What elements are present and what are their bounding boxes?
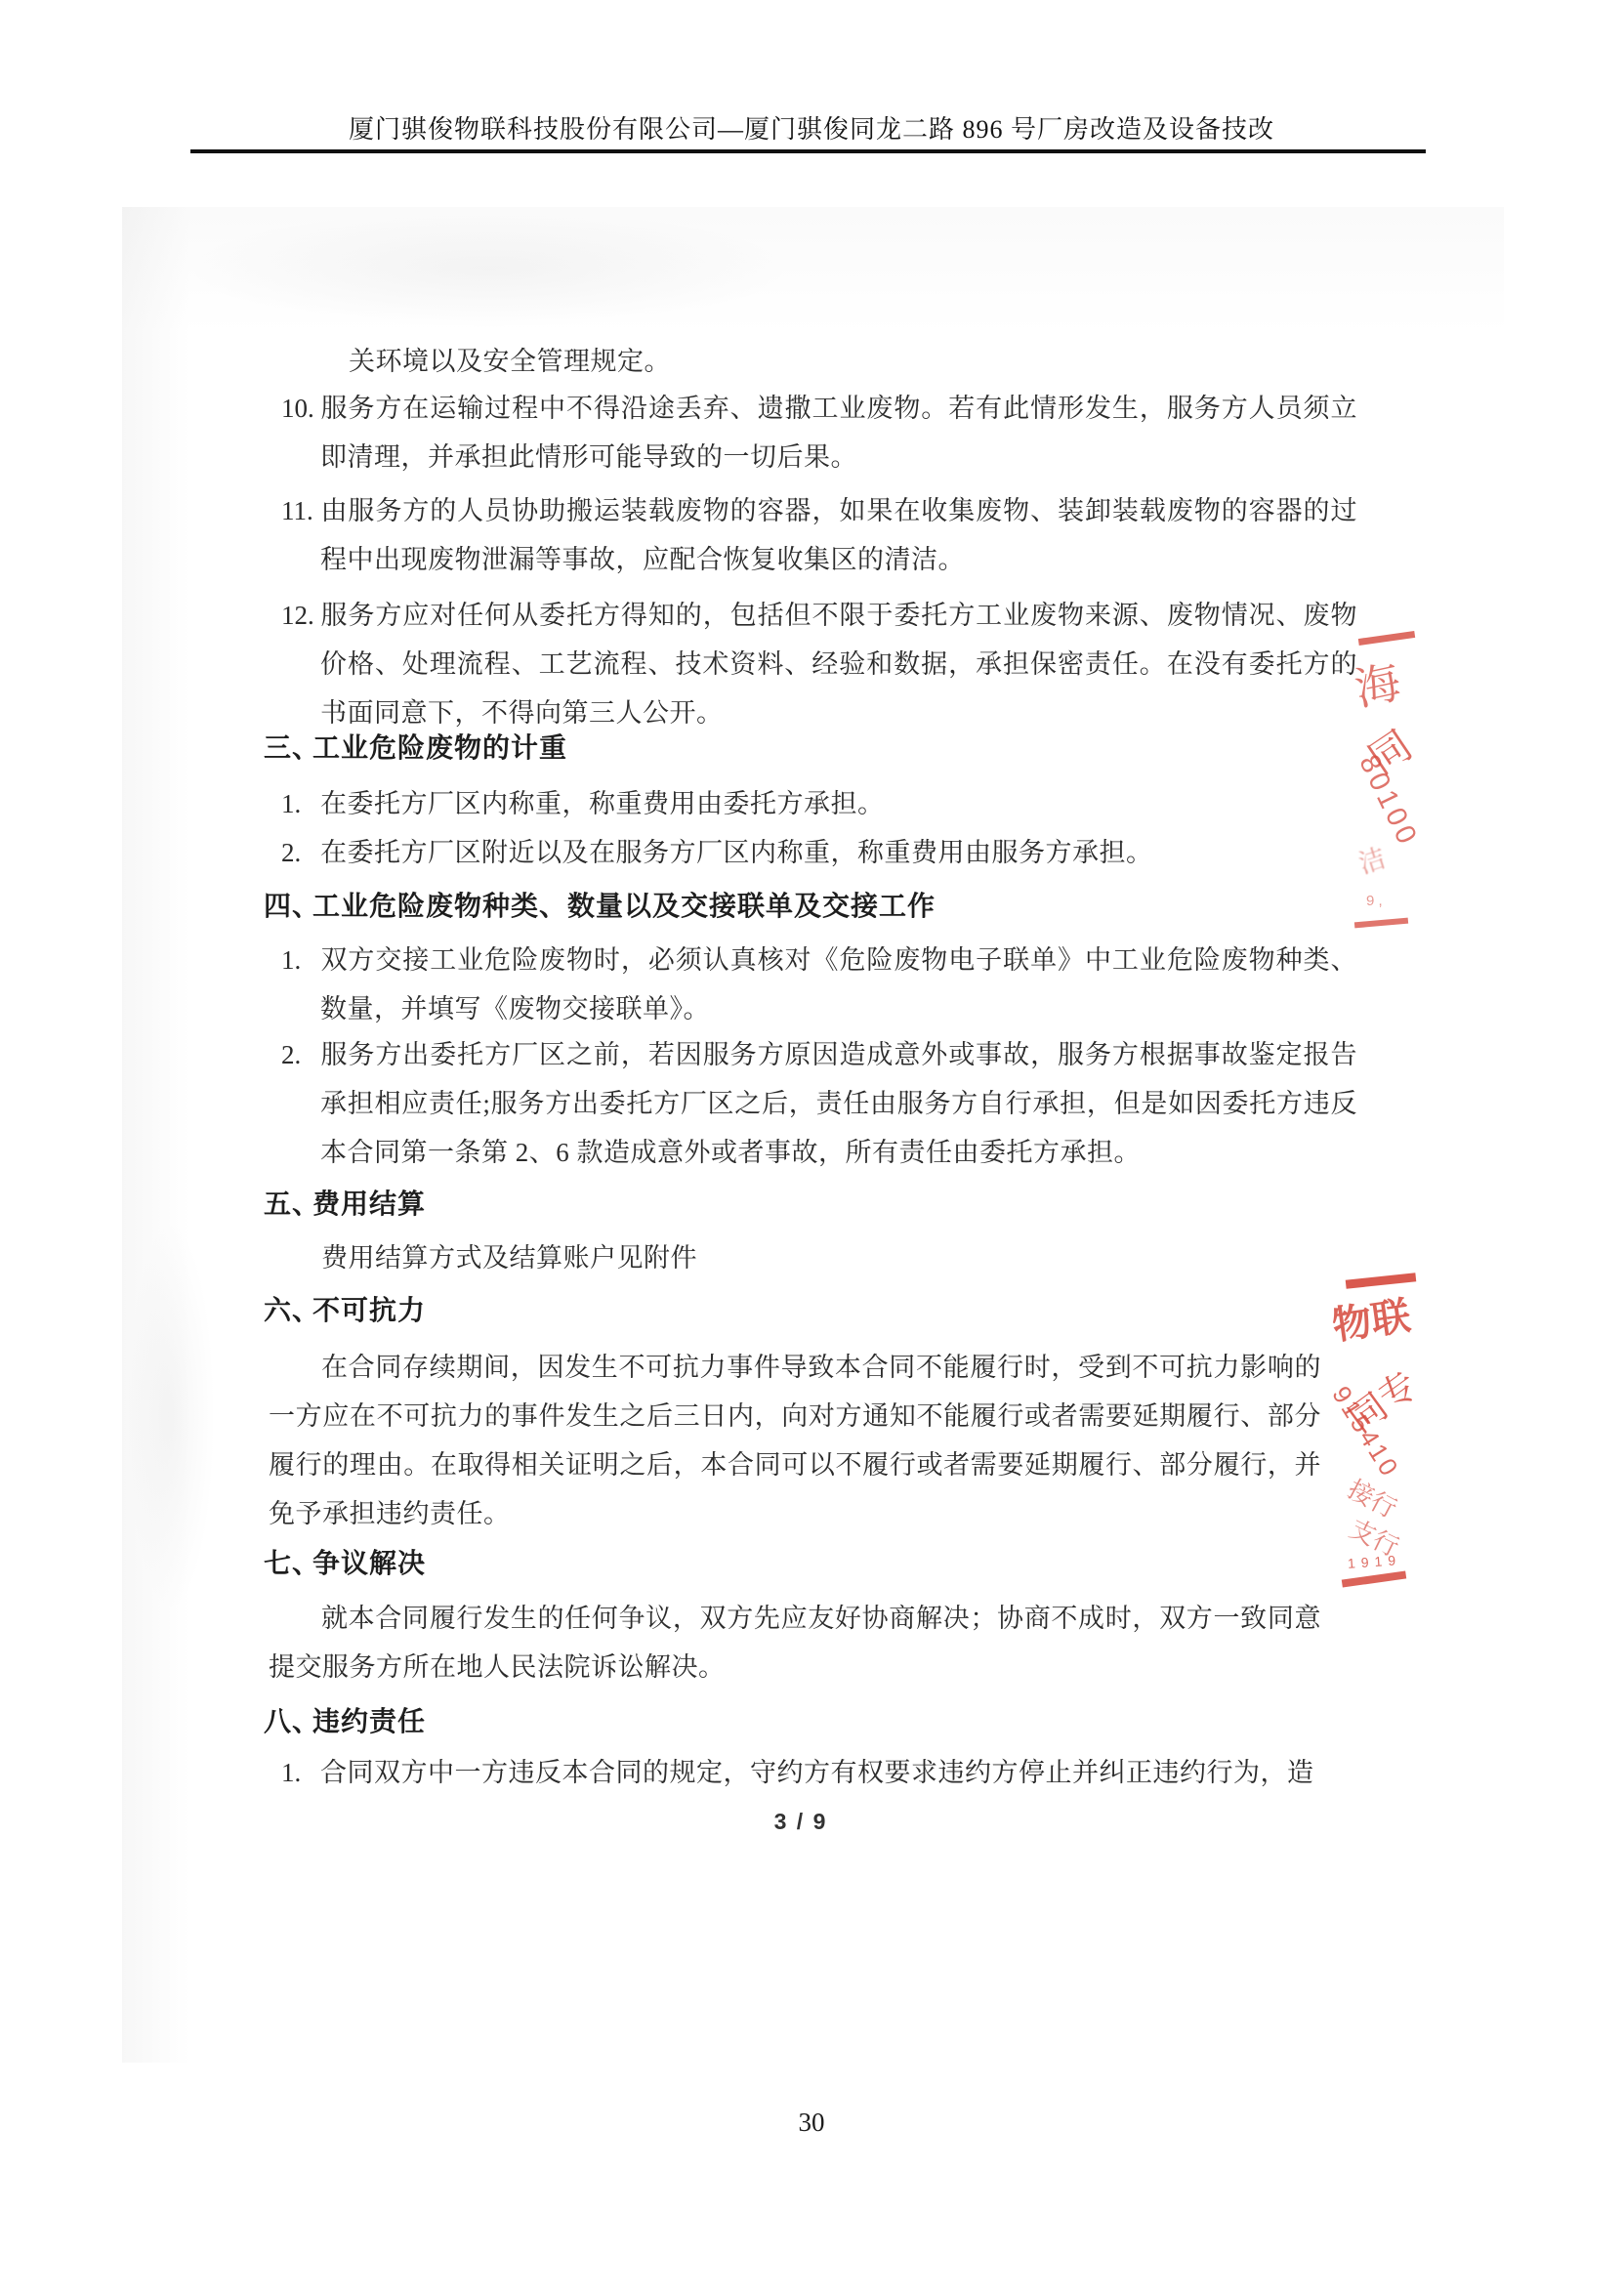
section-8-heading: 八、违约责任 bbox=[264, 1704, 1338, 1739]
scan-smudge bbox=[127, 1221, 215, 1611]
contract-page-number: 3 / 9 bbox=[684, 1809, 918, 1835]
section-4-item-1: 1.双方交接工业危险废物时，必须认真核对《危险废物电子联单》中工业危险废物种类、… bbox=[281, 936, 1357, 1033]
item-text: 双方交接工业危险废物时，必须认真核对《危险废物电子联单》中工业危险废物种类、数量… bbox=[320, 945, 1357, 1023]
header-rule bbox=[190, 149, 1426, 153]
item-text: 服务方应对任何从委托方得知的，包括但不限于委托方工业废物来源、废物情况、废物价格… bbox=[320, 601, 1357, 728]
document-page-number: 30 bbox=[0, 2108, 1623, 2138]
section-title: 违约责任 bbox=[312, 1706, 426, 1736]
section-title: 工业危险废物种类、数量以及交接联单及交接工作 bbox=[312, 891, 936, 921]
item-number: 11. bbox=[281, 486, 320, 535]
section-8-item-1: 1.合同双方中一方违反本合同的规定，守约方有权要求违约方停止并纠正违约行为，造 bbox=[281, 1748, 1357, 1797]
carryover-line: 关环境以及安全管理规定。 bbox=[349, 337, 1325, 386]
section-number: 六、 bbox=[264, 1293, 312, 1328]
item-text: 由服务方的人员协助搬运装载废物的容器，如果在收集废物、装卸装载废物的容器的过程中… bbox=[320, 496, 1357, 574]
section-title: 工业危险废物的计重 bbox=[312, 732, 567, 763]
section-number: 八、 bbox=[264, 1704, 312, 1739]
section-6-heading: 六、不可抗力 bbox=[264, 1293, 1338, 1328]
item-number: 12. bbox=[281, 591, 320, 640]
list-item-11: 11.由服务方的人员协助搬运装载废物的容器，如果在收集废物、装卸装载废物的容器的… bbox=[281, 486, 1357, 584]
item-number: 1. bbox=[281, 936, 320, 984]
item-number: 2. bbox=[281, 828, 320, 877]
section-7-paragraph: 就本合同履行发生的任何争议，双方先应友好协商解决；协商不成时，双方一致同意提交服… bbox=[269, 1594, 1321, 1691]
item-number: 1. bbox=[281, 1748, 320, 1797]
section-title: 争议解决 bbox=[312, 1548, 426, 1578]
section-4-item-2: 2.服务方出委托方厂区之前，若因服务方原因造成意外或事故，服务方根据事故鉴定报告… bbox=[281, 1030, 1357, 1177]
section-6-paragraph: 在合同存续期间，因发生不可抗力事件导致本合同不能履行时，受到不可抗力影响的一方应… bbox=[269, 1343, 1321, 1538]
item-text: 合同双方中一方违反本合同的规定，守约方有权要求违约方停止并纠正违约行为，造 bbox=[320, 1758, 1314, 1787]
document-header-title: 厦门骐俊物联科技股份有限公司—厦门骐俊同龙二路 896 号厂房改造及设备技改 bbox=[0, 109, 1623, 146]
section-3-item-2: 2.在委托方厂区附近以及在服务方厂区内称重，称重费用由服务方承担。 bbox=[281, 828, 1357, 877]
item-text: 在委托方厂区附近以及在服务方厂区内称重，称重费用由服务方承担。 bbox=[320, 838, 1153, 867]
section-number: 七、 bbox=[264, 1546, 312, 1581]
section-number: 四、 bbox=[264, 889, 312, 924]
list-item-10: 10.服务方在运输过程中不得沿途丢弃、遗撒工业废物。若有此情形发生，服务方人员须… bbox=[281, 384, 1357, 481]
section-title: 费用结算 bbox=[312, 1189, 426, 1219]
list-item-12: 12.服务方应对任何从委托方得知的，包括但不限于委托方工业废物来源、废物情况、废… bbox=[281, 591, 1357, 737]
scan-smudge bbox=[186, 210, 791, 327]
item-text: 服务方出委托方厂区之前，若因服务方原因造成意外或事故，服务方根据事故鉴定报告承担… bbox=[320, 1040, 1357, 1167]
section-number: 五、 bbox=[264, 1187, 312, 1222]
section-3-heading: 三、工业危险废物的计重 bbox=[264, 731, 1338, 766]
section-3-item-1: 1.在委托方厂区内称重，称重费用由委托方承担。 bbox=[281, 779, 1357, 828]
section-5-heading: 五、费用结算 bbox=[264, 1187, 1338, 1222]
item-number: 1. bbox=[281, 779, 320, 828]
section-number: 三、 bbox=[264, 731, 312, 766]
section-5-paragraph: 费用结算方式及结算账户见附件 bbox=[269, 1233, 1321, 1282]
item-text: 在委托方厂区内称重，称重费用由委托方承担。 bbox=[320, 789, 885, 818]
item-number: 2. bbox=[281, 1030, 320, 1079]
scanned-contract-page: 厦门骐俊物联科技股份有限公司—厦门骐俊同龙二路 896 号厂房改造及设备技改 关… bbox=[0, 0, 1623, 2296]
item-text: 服务方在运输过程中不得沿途丢弃、遗撒工业废物。若有此情形发生，服务方人员须立即清… bbox=[320, 394, 1357, 472]
section-4-heading: 四、工业危险废物种类、数量以及交接联单及交接工作 bbox=[264, 889, 1338, 924]
item-number: 10. bbox=[281, 384, 320, 433]
section-7-heading: 七、争议解决 bbox=[264, 1546, 1338, 1581]
section-title: 不可抗力 bbox=[312, 1295, 426, 1325]
